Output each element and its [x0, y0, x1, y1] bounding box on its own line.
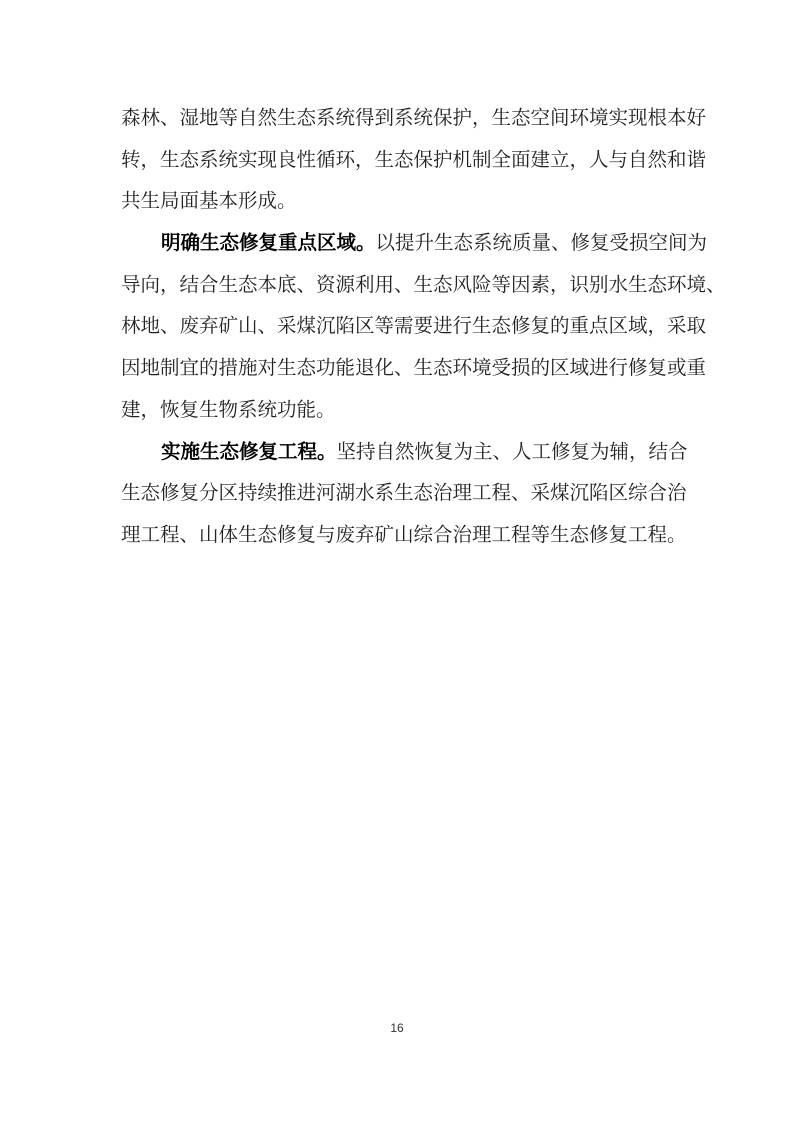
body-text: 森林、湿地等自然生态系统得到系统保护，生态空间环境实现根本好 转，生态系统实现良…: [121, 97, 674, 556]
text-line: 实施生态修复工程。坚持自然恢复为主、人工修复为辅，结合: [121, 431, 674, 473]
text-line: 建，恢复生物系统功能。: [121, 389, 674, 431]
paragraph-key-restoration-areas: 明确生态修复重点区域。以提升生态系统质量、修复受损空间为 导向，结合生态本底、资…: [121, 222, 674, 430]
paragraph-ecosystem-protection: 森林、湿地等自然生态系统得到系统保护，生态空间环境实现根本好 转，生态系统实现良…: [121, 97, 674, 222]
text-line: 转，生态系统实现良性循环，生态保护机制全面建立，人与自然和谐: [121, 139, 674, 181]
text-line: 林地、废弃矿山、采煤沉陷区等需要进行生态修复的重点区域，采取: [121, 305, 674, 347]
text-line: 因地制宜的措施对生态功能退化、生态环境受损的区域进行修复或重: [121, 347, 674, 389]
paragraph-lead-heading: 明确生态修复重点区域。: [161, 231, 376, 254]
paragraph-restoration-projects: 实施生态修复工程。坚持自然恢复为主、人工修复为辅，结合 生态修复分区持续推进河湖…: [121, 431, 674, 556]
text-line: 理工程、山体生态修复与废弃矿山综合治理工程等生态修复工程。: [121, 514, 674, 556]
paragraph-text: 以提升生态系统质量、修复受损空间为: [376, 231, 708, 254]
text-line: 明确生态修复重点区域。以提升生态系统质量、修复受损空间为: [121, 222, 674, 264]
text-line: 导向，结合生态本底、资源利用、生态风险等因素，识别水生态环境、: [121, 264, 674, 306]
document-page: 森林、湿地等自然生态系统得到系统保护，生态空间环境实现根本好 转，生态系统实现良…: [0, 0, 794, 1122]
paragraph-text: 坚持自然恢复为主、人工修复为辅，结合: [337, 440, 688, 463]
text-line: 森林、湿地等自然生态系统得到系统保护，生态空间环境实现根本好: [121, 97, 674, 139]
text-line: 共生局面基本形成。: [121, 180, 674, 222]
paragraph-lead-heading: 实施生态修复工程。: [161, 440, 337, 463]
text-line: 生态修复分区持续推进河湖水系生态治理工程、采煤沉陷区综合治: [121, 472, 674, 514]
page-number: 16: [0, 1021, 794, 1035]
